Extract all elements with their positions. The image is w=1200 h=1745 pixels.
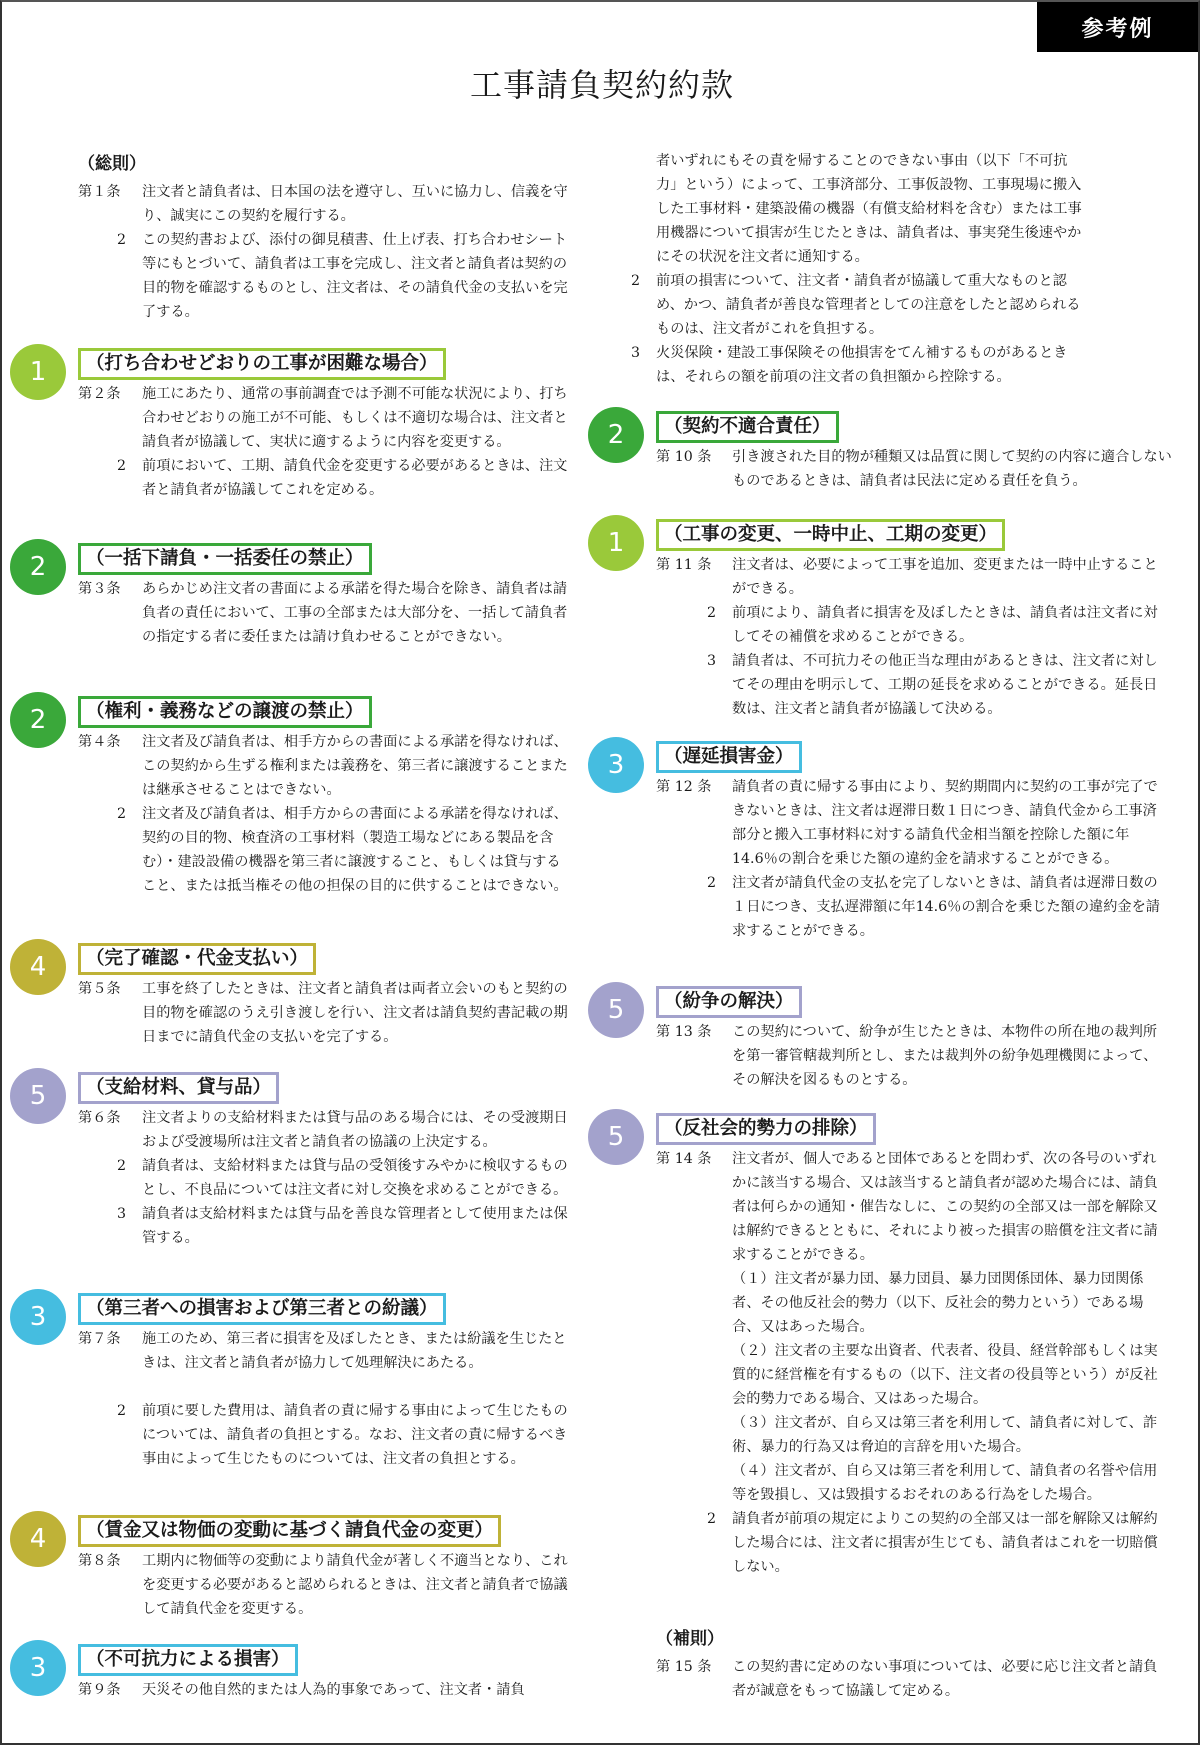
section-heading: （第三者への損害および第三者との紛議） xyxy=(78,1293,446,1325)
article-text: 者いずれにもその責を帰することのできない事由（以下「不可抗力」という）によって、… xyxy=(656,149,1086,269)
category-badge: 2 xyxy=(10,539,66,595)
paragraph-number: 2 xyxy=(78,802,142,898)
article-2: 第２条 施工にあたり、通常の事前調査では予測不可能な状況により、打ち合わせどおり… xyxy=(78,382,570,454)
article-text: この契約書に定めのない事項については、必要に応じ注文者と請負者が誠意をもって協議… xyxy=(732,1655,1162,1703)
article-14-items: （１）注文者が暴力団、暴力団員、暴力団関係団体、暴力団関係者、その他反社会的勢力… xyxy=(732,1267,1162,1507)
article-14: 第 14 条 注文者が、個人であると団体であるとを問わず、次の各号のいずれかに該… xyxy=(656,1147,1162,1267)
paragraph-text: 前項に要した費用は、請負者の責に帰する事由によって生じたものについては、請負者の… xyxy=(142,1399,570,1471)
section-heading: （権利・義務などの譲渡の禁止） xyxy=(78,696,372,728)
article-number: 第 12 条 xyxy=(656,775,732,871)
category-badge: 5 xyxy=(588,1109,644,1165)
section-heading: （完了確認・代金支払い） xyxy=(78,943,316,975)
article-8: 第８条 工期内に物価等の変動により請負代金が著しく不適当となり、これを変更する必… xyxy=(78,1549,570,1621)
paragraph-text: この契約書および、添付の御見積書、仕上げ表、打ち合わせシート等にもとづいて、請負… xyxy=(142,228,570,324)
section-heading: （補則） xyxy=(656,1624,1162,1649)
paragraph-number: 3 xyxy=(656,649,732,721)
article-2-paragraph-2: 2 前項において、工期、請負代金を変更する必要があるときは、注文者と請負者が協議… xyxy=(78,454,570,502)
article-11-paragraph-3: 3 請負者は、不可抗力その他正当な理由があるときは、注文者に対してその理由を明示… xyxy=(656,649,1162,721)
list-item: （３）注文者が、自ら又は第三者を利用して、請負者に対して、詐術、暴力的行為又は脅… xyxy=(732,1411,1162,1459)
article-number: 第４条 xyxy=(78,730,142,802)
category-badge: 1 xyxy=(588,515,644,571)
article-number: 第 11 条 xyxy=(656,553,732,601)
category-badge: 2 xyxy=(10,692,66,748)
article-text: 施工にあたり、通常の事前調査では予測不可能な状況により、打ち合わせどおりの施工が… xyxy=(142,382,570,454)
category-badge: 3 xyxy=(588,737,644,793)
article-number: 第２条 xyxy=(78,382,142,454)
article-15: 第 15 条 この契約書に定めのない事項については、必要に応じ注文者と請負者が誠… xyxy=(656,1655,1162,1703)
section-article-2: 1 （打ち合わせどおりの工事が困難な場合） 第２条 施工にあたり、通常の事前調査… xyxy=(78,348,570,502)
article-text: 請負者の責に帰する事由により、契約期間内に契約の工事が完了できないときは、注文者… xyxy=(732,775,1162,871)
article-text: 注文者よりの支給材料または貸与品のある場合には、その受渡期日および受渡場所は注文… xyxy=(142,1106,570,1154)
list-item: （４）注文者が、自ら又は第三者を利用して、請負者の名誉や信用等を毀損し、又は毀損… xyxy=(732,1459,1162,1507)
section-article-10: 2 （契約不適合責任） 第 10 条 引き渡された目的物が種類又は品質に関して契… xyxy=(656,411,1172,493)
paragraph-text: 前項により、請負者に損害を及ぼしたときは、請負者は注文者に対してその補償を求める… xyxy=(732,601,1162,649)
section-article-5: 4 （完了確認・代金支払い） 第５条 工事を終了したときは、注文者と請負者は両者… xyxy=(78,943,570,1049)
paragraph-text: 前項の損害について、注文者・請負者が協議して重大なものと認め、かつ、請負者が善良… xyxy=(656,269,1086,341)
article-number: 第 14 条 xyxy=(656,1147,732,1267)
paragraph-text: 請負者が前項の規定によりこの契約の全部又は一部を解除又は解約した場合には、注文者… xyxy=(732,1507,1162,1579)
article-number: 第３条 xyxy=(78,577,142,649)
category-badge: 4 xyxy=(10,939,66,995)
article-9: 第９条 天災その他自然的または人為的事象であって、注文者・請負 xyxy=(78,1678,570,1702)
article-number: 第 15 条 xyxy=(656,1655,732,1703)
article-text: 注文者は、必要によって工事を追加、変更または一時中止することができる。 xyxy=(732,553,1162,601)
article-14-paragraph-2: 2 請負者が前項の規定によりこの契約の全部又は一部を解除又は解約した場合には、注… xyxy=(656,1507,1162,1579)
paragraph-number: 3 xyxy=(78,1202,142,1250)
article-number: 第６条 xyxy=(78,1106,142,1154)
article-12-paragraph-2: 2 注文者が請負代金の支払を完了しないときは、請負者は遅滞日数の１日につき、支払… xyxy=(656,871,1162,943)
section-article-7: 3 （第三者への損害および第三者との紛議） 第７条 施工のため、第三者に損害を及… xyxy=(78,1293,570,1471)
article-text: 注文者及び請負者は、相手方からの書面による承諾を得なければ、この契約から生ずる権… xyxy=(142,730,570,802)
article-number: 第 13 条 xyxy=(656,1020,732,1092)
category-badge: 3 xyxy=(10,1289,66,1345)
section-heading: （工事の変更、一時中止、工期の変更） xyxy=(656,519,1005,551)
category-badge: 4 xyxy=(10,1511,66,1567)
article-11: 第 11 条 注文者は、必要によって工事を追加、変更または一時中止することができ… xyxy=(656,553,1162,601)
article-number: 第５条 xyxy=(78,977,142,1049)
paragraph-number: 2 xyxy=(78,1154,142,1202)
article-9-paragraph-3: 3 火災保険・建設工事保険その他損害をてん補するものがあるときは、それらの額を前… xyxy=(592,341,1086,389)
paragraph-number: 2 xyxy=(78,228,142,324)
section-article-6: 5 （支給材料、貸与品） 第６条 注文者よりの支給材料または貸与品のある場合には… xyxy=(78,1072,570,1250)
article-number: 第７条 xyxy=(78,1327,142,1375)
paragraph-number: 2 xyxy=(656,601,732,649)
category-badge: 2 xyxy=(588,407,644,463)
article-13: 第 13 条 この契約について、紛争が生じたときは、本物件の所在地の裁判所を第一… xyxy=(656,1020,1162,1092)
article-12: 第 12 条 請負者の責に帰する事由により、契約期間内に契約の工事が完了できない… xyxy=(656,775,1162,871)
section-general: （総則） 第１条 注文者と請負者は、日本国の法を遵守し、互いに協力し、信義を守り… xyxy=(78,149,570,324)
article-text: 引き渡された目的物が種類又は品質に関して契約の内容に適合しないものであるときは、… xyxy=(732,445,1172,493)
section-article-8: 4 （賃金又は物価の変動に基づく請負代金の変更） 第８条 工期内に物価等の変動に… xyxy=(78,1515,570,1621)
article-text: 施工のため、第三者に損害を及ぼしたとき、または紛議を生じたときは、注文者と請負者… xyxy=(142,1327,570,1375)
section-article-14: 5 （反社会的勢力の排除） 第 14 条 注文者が、個人であると団体であるとを問… xyxy=(656,1113,1162,1579)
section-heading: （賃金又は物価の変動に基づく請負代金の変更） xyxy=(78,1515,501,1547)
article-text: 工期内に物価等の変動により請負代金が著しく不適当となり、これを変更する必要がある… xyxy=(142,1549,570,1621)
page-title: 工事請負契約約款 xyxy=(2,60,1200,106)
paragraph-text: 請負者は支給材料または貸与品を善良な管理者として使用または保管する。 xyxy=(142,1202,570,1250)
paragraph-number: 2 xyxy=(656,871,732,943)
paragraph-number: 2 xyxy=(656,1507,732,1579)
article-number: 第９条 xyxy=(78,1678,142,1702)
article-4-paragraph-2: 2 注文者及び請負者は、相手方からの書面による承諾を得なければ、契約の目的物、検… xyxy=(78,802,570,898)
article-text: あらかじめ注文者の書面による承諾を得た場合を除き、請負者は請負者の責任において、… xyxy=(142,577,570,649)
article-5: 第５条 工事を終了したときは、注文者と請負者は両者立会いのもと契約の目的物を確認… xyxy=(78,977,570,1049)
article-number: 第８条 xyxy=(78,1549,142,1621)
paragraph-text: 注文者が請負代金の支払を完了しないときは、請負者は遅滞日数の１日につき、支払遅滞… xyxy=(732,871,1162,943)
paragraph-text: 火災保険・建設工事保険その他損害をてん補するものがあるときは、それらの額を前項の… xyxy=(656,341,1086,389)
list-item: （１）注文者が暴力団、暴力団員、暴力団関係団体、暴力団関係者、その他反社会的勢力… xyxy=(732,1267,1162,1339)
article-6: 第６条 注文者よりの支給材料または貸与品のある場合には、その受渡期日および受渡場… xyxy=(78,1106,570,1154)
section-heading: （一括下請負・一括委任の禁止） xyxy=(78,543,372,575)
section-supplementary: （補則） 第 15 条 この契約書に定めのない事項については、必要に応じ注文者と… xyxy=(656,1624,1162,1703)
section-article-12: 3 （遅延損害金） 第 12 条 請負者の責に帰する事由により、契約期間内に契約… xyxy=(656,741,1162,943)
article-text: この契約について、紛争が生じたときは、本物件の所在地の裁判所を第一審管轄裁判所と… xyxy=(732,1020,1162,1092)
paragraph-number: 2 xyxy=(592,269,656,341)
article-text: 天災その他自然的または人為的事象であって、注文者・請負 xyxy=(142,1678,570,1702)
document-page: 参考例 工事請負契約約款 （総則） 第１条 注文者と請負者は、日本国の法を遵守し… xyxy=(0,0,1200,1745)
article-1-paragraph-2: 2 この契約書および、添付の御見積書、仕上げ表、打ち合わせシート等にもとづいて、… xyxy=(78,228,570,324)
section-heading: （反社会的勢力の排除） xyxy=(656,1113,876,1145)
list-item: （２）注文者の主要な出資者、代表者、役員、経営幹部もしくは実質的に経営権を有する… xyxy=(732,1339,1162,1411)
article-text: 注文者が、個人であると団体であるとを問わず、次の各号のいずれかに該当する場合、又… xyxy=(732,1147,1162,1267)
article-text: 注文者と請負者は、日本国の法を遵守し、互いに協力し、信義を守り、誠実にこの契約を… xyxy=(142,180,570,228)
reference-example-tag: 参考例 xyxy=(1037,2,1198,52)
section-article-9: 3 （不可抗力による損害） 第９条 天災その他自然的または人為的事象であって、注… xyxy=(78,1644,570,1702)
category-badge: 3 xyxy=(10,1640,66,1696)
section-article-4: 2 （権利・義務などの譲渡の禁止） 第４条 注文者及び請負者は、相手方からの書面… xyxy=(78,696,570,898)
paragraph-number: 2 xyxy=(78,1399,142,1471)
article-9-paragraph-2: 2 前項の損害について、注文者・請負者が協議して重大なものと認め、かつ、請負者が… xyxy=(592,269,1086,341)
section-heading: （総則） xyxy=(78,149,570,174)
section-heading: （支給材料、貸与品） xyxy=(78,1072,279,1104)
section-article-9-continued: 者いずれにもその責を帰することのできない事由（以下「不可抗力」という）によって、… xyxy=(656,149,1086,389)
paragraph-number: 2 xyxy=(78,454,142,502)
section-heading: （遅延損害金） xyxy=(656,741,802,773)
paragraph-text: 前項において、工期、請負代金を変更する必要があるときは、注文者と請負者が協議して… xyxy=(142,454,570,502)
section-article-3: 2 （一括下請負・一括委任の禁止） 第３条 あらかじめ注文者の書面による承諾を得… xyxy=(78,543,570,649)
paragraph-text: 請負者は、支給材料または貸与品の受領後すみやかに検収するものとし、不良品について… xyxy=(142,1154,570,1202)
article-11-paragraph-2: 2 前項により、請負者に損害を及ぼしたときは、請負者は注文者に対してその補償を求… xyxy=(656,601,1162,649)
article-number: 第 10 条 xyxy=(656,445,732,493)
article-9-continued: 者いずれにもその責を帰することのできない事由（以下「不可抗力」という）によって、… xyxy=(656,149,1086,269)
article-7-paragraph-2: 2 前項に要した費用は、請負者の責に帰する事由によって生じたものについては、請負… xyxy=(78,1399,570,1471)
category-badge: 5 xyxy=(10,1068,66,1124)
article-1: 第１条 注文者と請負者は、日本国の法を遵守し、互いに協力し、信義を守り、誠実にこ… xyxy=(78,180,570,228)
article-text: 工事を終了したときは、注文者と請負者は両者立会いのもと契約の目的物を確認のうえ引… xyxy=(142,977,570,1049)
section-article-11: 1 （工事の変更、一時中止、工期の変更） 第 11 条 注文者は、必要によって工… xyxy=(656,519,1162,721)
article-7: 第７条 施工のため、第三者に損害を及ぼしたとき、または紛議を生じたときは、注文者… xyxy=(78,1327,570,1375)
article-6-paragraph-2: 2 請負者は、支給材料または貸与品の受領後すみやかに検収するものとし、不良品につ… xyxy=(78,1154,570,1202)
section-heading: （紛争の解決） xyxy=(656,986,802,1018)
paragraph-text: 注文者及び請負者は、相手方からの書面による承諾を得なければ、契約の目的物、検査済… xyxy=(142,802,570,898)
category-badge: 5 xyxy=(588,982,644,1038)
article-4: 第４条 注文者及び請負者は、相手方からの書面による承諾を得なければ、この契約から… xyxy=(78,730,570,802)
article-number: 第１条 xyxy=(78,180,142,228)
section-heading: （不可抗力による損害） xyxy=(78,1644,298,1676)
section-heading: （契約不適合責任） xyxy=(656,411,839,443)
article-6-paragraph-3: 3 請負者は支給材料または貸与品を善良な管理者として使用または保管する。 xyxy=(78,1202,570,1250)
article-3: 第３条 あらかじめ注文者の書面による承諾を得た場合を除き、請負者は請負者の責任に… xyxy=(78,577,570,649)
article-10: 第 10 条 引き渡された目的物が種類又は品質に関して契約の内容に適合しないもの… xyxy=(656,445,1172,493)
section-heading: （打ち合わせどおりの工事が困難な場合） xyxy=(78,348,446,380)
section-article-13: 5 （紛争の解決） 第 13 条 この契約について、紛争が生じたときは、本物件の… xyxy=(656,986,1162,1092)
category-badge: 1 xyxy=(10,344,66,400)
paragraph-number: 3 xyxy=(592,341,656,389)
paragraph-text: 請負者は、不可抗力その他正当な理由があるときは、注文者に対してその理由を明示して… xyxy=(732,649,1162,721)
